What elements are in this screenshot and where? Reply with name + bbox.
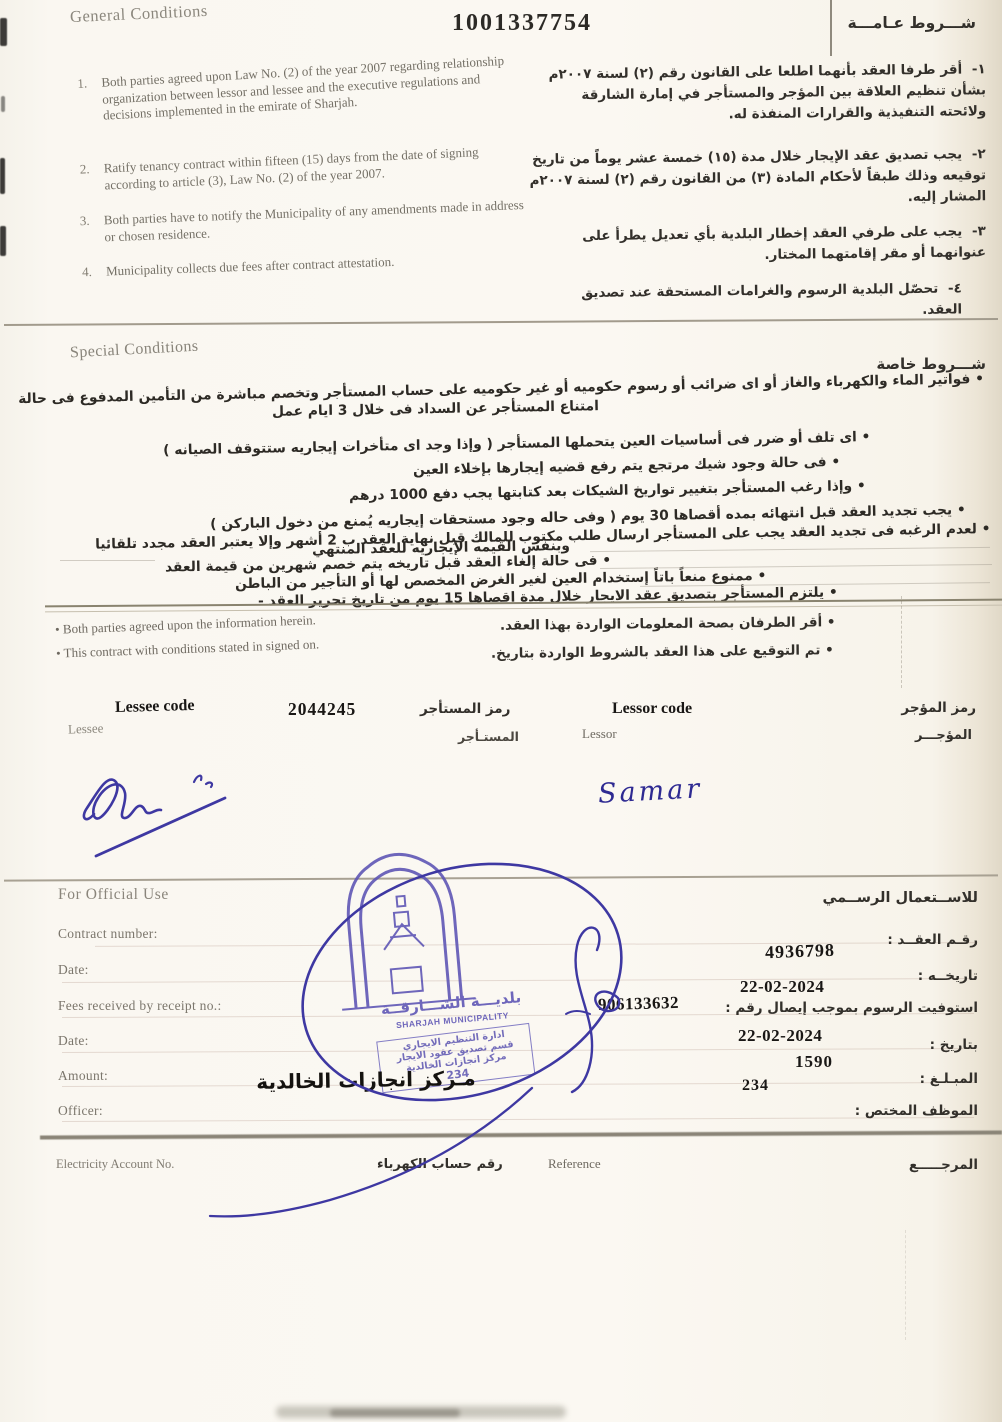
tenancy-contract-document: General Conditions 1001337754 شـــروط عـ… bbox=[0, 0, 1002, 1422]
general-conditions-title-en: General Conditions bbox=[70, 1, 209, 27]
agreement-line-en: This contract with conditions stated in … bbox=[56, 636, 320, 661]
official-label-date2-ar: بتاريخ : bbox=[930, 1037, 978, 1053]
lessee-label-ar: المستـأجر bbox=[458, 729, 519, 744]
ruled-line bbox=[600, 564, 992, 569]
item-text: أقر طرفا العقد بأنهما اطلعا على القانون … bbox=[548, 62, 986, 123]
item-number: 1. bbox=[77, 75, 104, 126]
general-item-en: 4. Municipality collects due fees after … bbox=[82, 250, 522, 281]
paper-edge-mark bbox=[0, 158, 5, 194]
special-item-ar: امتناع المستأجر عن السداد فى خلال 3 ايام… bbox=[272, 398, 599, 420]
service-center-name: مـركز انجازات الخالدية bbox=[238, 1066, 494, 1094]
paper-fold-line bbox=[905, 1230, 907, 1340]
official-value-contract-number: 4936798 bbox=[765, 940, 836, 963]
special-item-ar: اى تلف أو ضرر فى أساسيات العين يتحملها ا… bbox=[163, 429, 871, 459]
item-number: 4. bbox=[82, 264, 107, 281]
official-label-date2: Date: bbox=[58, 1033, 89, 1049]
paper-fold-line bbox=[901, 596, 903, 688]
reference-label-en: Reference bbox=[548, 1156, 601, 1172]
agreement-line-en: Both parties agreed upon the information… bbox=[55, 612, 316, 638]
official-value-fees-receipt: 906133632 bbox=[598, 993, 679, 1015]
scan-smudge bbox=[330, 1409, 460, 1417]
lessor-code-label-ar: رمز المؤجر bbox=[901, 700, 976, 716]
lessor-code-label: Lessor code bbox=[612, 700, 692, 718]
ruled-line bbox=[95, 942, 975, 947]
item-number: ٤- bbox=[948, 280, 962, 296]
section-divider bbox=[4, 318, 998, 326]
official-label-fees-receipt: Fees received by receipt no.: bbox=[58, 998, 222, 1014]
item-text: تحصّل البلدية الرسوم والغرامات المستحقة … bbox=[581, 281, 962, 318]
lessee-code-label: Lessee code bbox=[115, 697, 195, 717]
official-label-officer: Officer: bbox=[58, 1103, 103, 1119]
lessor-label-ar: المؤجـــر bbox=[915, 728, 972, 743]
reference-label-ar: المرجـــــع bbox=[909, 1157, 978, 1173]
official-label-contract-number-ar: رقـم العقــد : bbox=[887, 932, 978, 948]
ruled-line bbox=[590, 547, 990, 552]
official-label-fees-receipt-ar: استوفيت الرسوم بموجب إيصال رقم : bbox=[725, 1000, 978, 1016]
electricity-account-label-ar: رقم حساب الكهرباء bbox=[377, 1157, 503, 1172]
item-number: ١- bbox=[972, 61, 986, 77]
general-conditions-title-ar: شـــروط عـامـــة bbox=[847, 14, 976, 32]
item-text: Both parties have to notify the Municipa… bbox=[104, 197, 533, 246]
official-label-amount: Amount: bbox=[58, 1068, 108, 1084]
lessee-code-label-ar: رمز المستأجر bbox=[420, 701, 510, 717]
general-item-ar: ١- أقر طرفا العقد بأنهما اطلعا على القان… bbox=[534, 59, 987, 128]
official-label-amount-ar: المبـلـغ : bbox=[920, 1071, 978, 1087]
general-item-en: 2. Ratify tenancy contract within fiftee… bbox=[79, 142, 520, 194]
special-item-ar: وإذا رغب المستأجر بتغيير تواريخ الشيكات … bbox=[349, 478, 866, 504]
ruled-line bbox=[60, 560, 155, 561]
item-number: 3. bbox=[80, 212, 105, 246]
official-label-officer-ar: الموظف المختص : bbox=[855, 1103, 978, 1119]
agreement-line-ar: أقر الطرفان بصحة المعلومات الواردة بهذا … bbox=[500, 614, 836, 634]
item-number: ٢- bbox=[972, 146, 986, 162]
item-text: Both parties agreed upon Law No. (2) of … bbox=[101, 52, 523, 124]
general-item-en: 3. Both parties have to notify the Munic… bbox=[80, 197, 533, 247]
item-number: 2. bbox=[79, 161, 104, 195]
lessee-label: Lessee bbox=[68, 720, 104, 737]
lessee-signature bbox=[84, 776, 225, 856]
lessor-signature-text: Samar bbox=[597, 773, 703, 809]
item-text: Ratify tenancy contract within fifteen (… bbox=[103, 142, 520, 193]
paper-edge-mark bbox=[0, 226, 6, 256]
special-item-ar: فى حالة وجود شيك مرتجع يتم رفع قضيه إيجا… bbox=[413, 454, 840, 478]
header-divider-line bbox=[830, 0, 832, 56]
agreement-line-ar: تم التوقيع على هذا العقد بالشروط الواردة… bbox=[491, 642, 834, 662]
paper-edge-mark bbox=[1, 96, 5, 112]
item-text: Municipality collects due fees after con… bbox=[106, 254, 395, 280]
general-item-ar: ٣- يجب على طرفي العقد إخطار البلدية بأي … bbox=[534, 221, 986, 269]
item-text: يجب على طرفي العقد إخطار البلدية بأي تعد… bbox=[582, 224, 986, 263]
official-use-title-en: For Official Use bbox=[58, 886, 169, 904]
official-label-date1: Date: bbox=[58, 962, 89, 978]
official-value-date2: 22-02-2024 bbox=[738, 1026, 822, 1046]
item-number: ٣- bbox=[972, 223, 986, 239]
official-value-amount: 1590 bbox=[795, 1052, 833, 1072]
item-text: يجب تصديق عقد الإيجار خلال مدة (١٥) خمسة… bbox=[529, 146, 986, 205]
contract-serial-number: 1001337754 bbox=[452, 10, 592, 37]
general-item-ar: ٢- يجب تصديق عقد الإيجار خلال مدة (١٥) خ… bbox=[522, 144, 987, 213]
official-value-date1: 22-02-2024 bbox=[740, 977, 824, 997]
paper-edge-mark bbox=[0, 18, 7, 46]
stamp-arch-icon bbox=[321, 842, 484, 1012]
ruled-line bbox=[62, 1117, 974, 1122]
lessor-label: Lessor bbox=[582, 726, 617, 742]
official-use-title-ar: للاســتعمال الرســمي bbox=[822, 890, 978, 906]
official-label-contract-number: Contract number: bbox=[58, 926, 158, 942]
electricity-account-label-en: Electricity Account No. bbox=[56, 1157, 174, 1172]
lessee-code-value: 2044245 bbox=[288, 699, 356, 720]
official-label-date1-ar: تاريخــه : bbox=[918, 968, 978, 984]
section-divider bbox=[40, 1130, 1002, 1139]
special-conditions-title-en: Special Conditions bbox=[70, 338, 199, 363]
general-item-en: 1. Both parties agreed upon Law No. (2) … bbox=[77, 52, 523, 125]
official-value-officer: 234 bbox=[742, 1077, 769, 1095]
